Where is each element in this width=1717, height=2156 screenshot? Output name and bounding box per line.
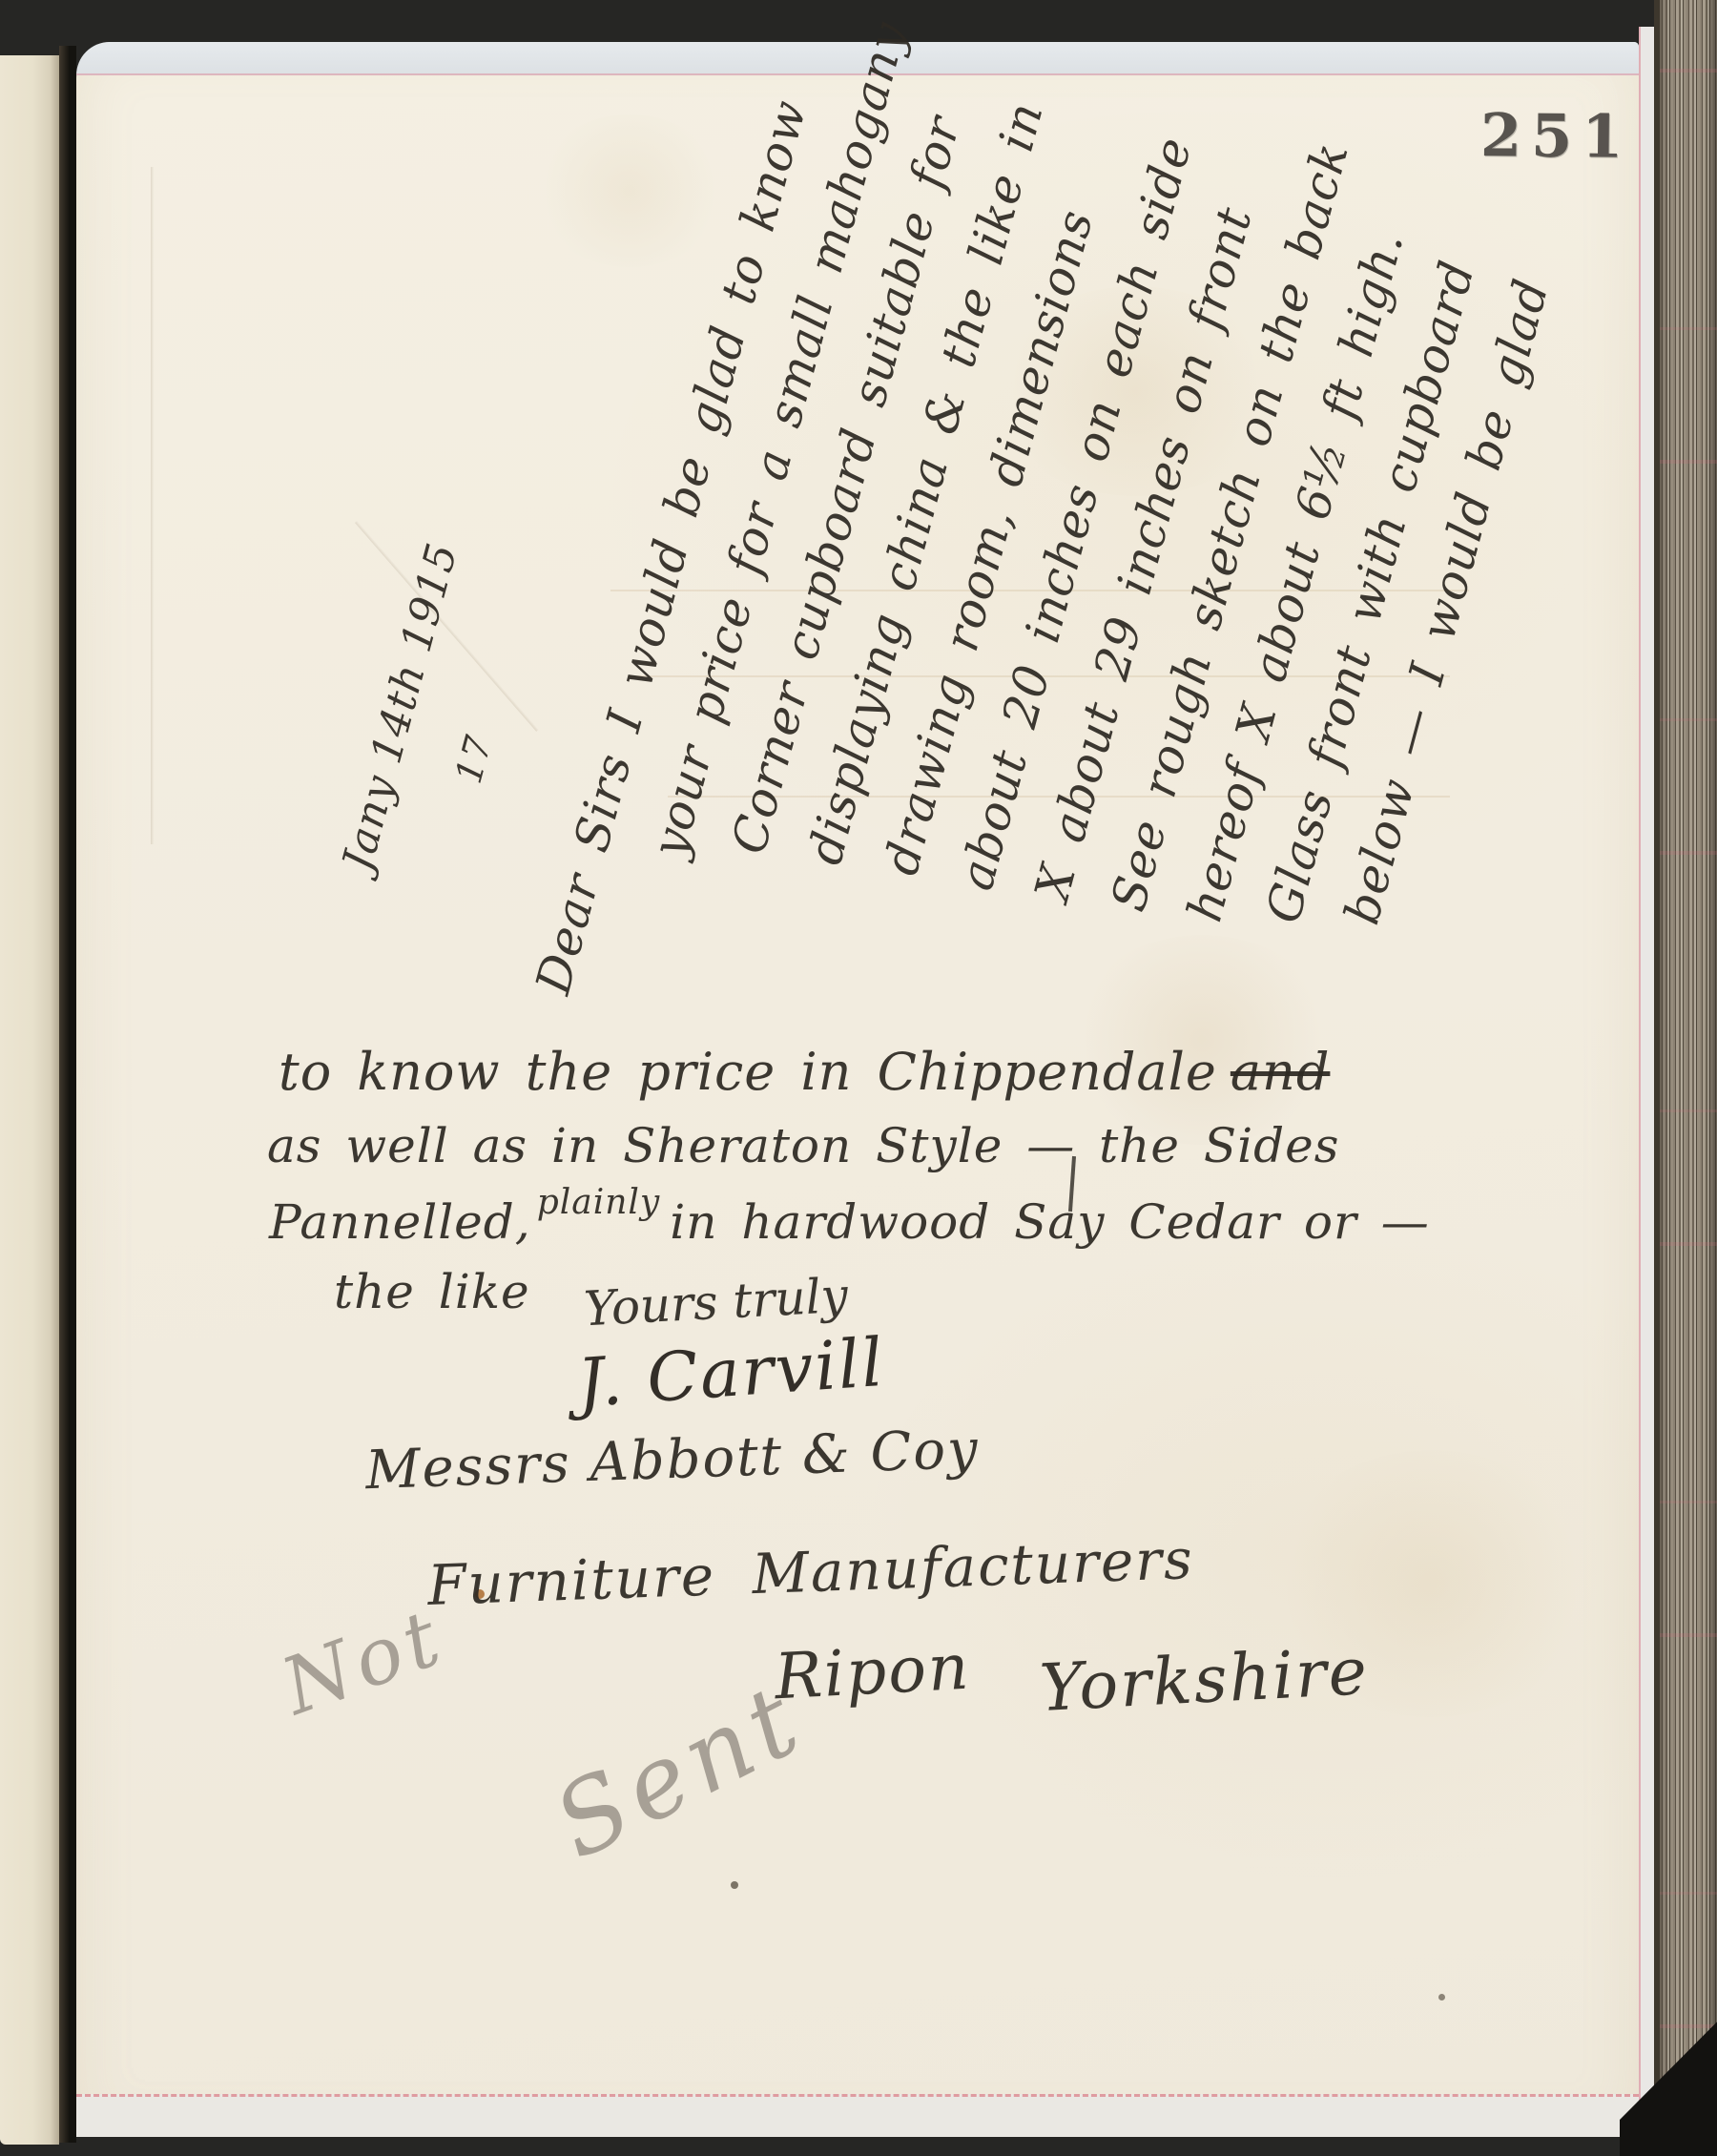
address-town: Ripon [773, 1630, 972, 1714]
letter-line: the like [334, 1264, 530, 1319]
left-page-edge [0, 55, 59, 2145]
letter-line-text: in hardwood Say Cedar or — [670, 1194, 1429, 1250]
paper-fleck [1438, 1994, 1445, 2001]
page-bottom-edge [76, 2094, 1639, 2137]
page-number-stamp: 251 [1480, 100, 1633, 172]
letter-line: to know the price in Chippendaleand [279, 1042, 1330, 1102]
letter-line: Pannelled,plainlyin hardwood Say Cedar o… [269, 1194, 1430, 1250]
fore-edge-red-flecks [1660, 0, 1717, 2143]
letter-line-text: Pannelled, [269, 1194, 531, 1250]
paper-fleck [731, 1881, 738, 1889]
book-gutter-shadow [59, 46, 76, 2143]
paper-stain [534, 114, 725, 267]
letter-line: as well as in Sheraton Style — the Sides [267, 1118, 1339, 1173]
letterbook-scan: 251 Jany 14th 1915 17 Dear Sirs I would … [0, 0, 1717, 2156]
page-crease [151, 167, 154, 844]
letter-line-text: to know the price in Chippendale [279, 1042, 1217, 1102]
struck-word: and [1231, 1042, 1331, 1102]
inserted-word: plainly [537, 1183, 661, 1222]
